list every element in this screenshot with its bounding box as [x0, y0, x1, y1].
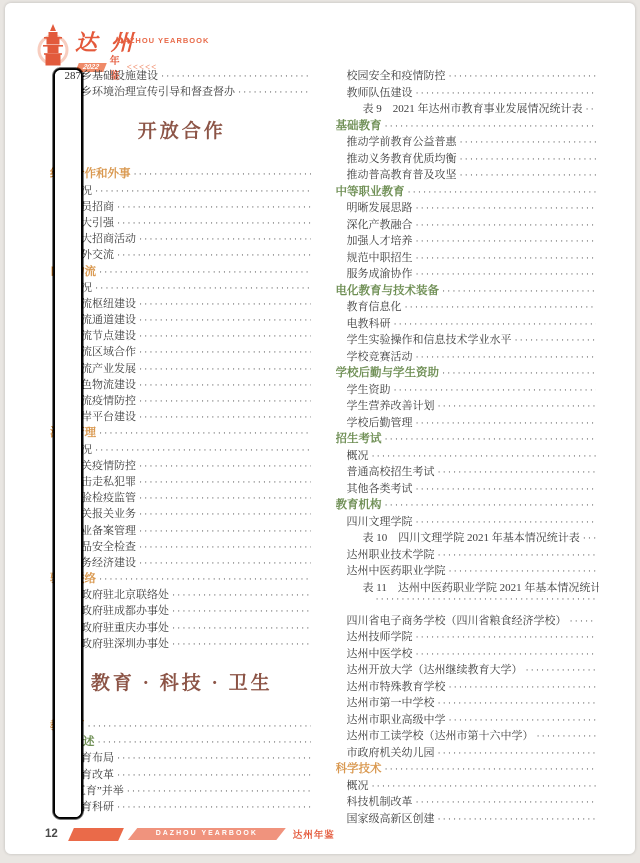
- dot-leader: [117, 771, 311, 781]
- toc-entry-row: 其他各类考试276: [336, 480, 600, 497]
- toc-entry-title: 市政府驻深圳办事处: [70, 635, 169, 651]
- dot-leader: [449, 716, 597, 726]
- toc-entry-row: 教师队伍建设273: [336, 84, 600, 101]
- toc-entry-row: 达州市第一中学校283: [336, 694, 600, 711]
- dot-leader: [394, 320, 597, 330]
- toc-entry-row: 招大引强264: [50, 214, 314, 230]
- brand-name-en: DAZHOU YEARBOOK: [117, 36, 209, 45]
- toc-entry-title: 学生营养改善计划: [347, 397, 435, 413]
- toc-entry-title: 服务成渝协作: [347, 265, 413, 281]
- toc-entry-row: 物流疫情防控266: [50, 392, 314, 408]
- dot-leader: [586, 105, 597, 115]
- toc-entry-row: 物流节点建设265: [50, 327, 314, 343]
- toc-subsection-row: 学校后勤与学生资助275: [336, 364, 600, 381]
- toc-entry-title: 普通高校招生考试: [347, 463, 435, 479]
- toc-entry-title: 电化教育与技术装备: [336, 282, 440, 298]
- toc-entry-row: 物流通道建设265: [50, 311, 314, 327]
- dot-leader: [442, 369, 596, 379]
- toc-section-row: 教 育272: [50, 717, 314, 733]
- dot-leader: [117, 219, 311, 229]
- dot-leader: [139, 381, 311, 391]
- toc-entry-row: 服务经济建设267: [50, 554, 314, 570]
- dot-leader: [526, 666, 597, 676]
- toc-section-row: 海关管理266: [50, 424, 314, 440]
- toc-entry-title: 教育机构: [336, 496, 382, 512]
- toc-entry-row: 物流产业发展266: [50, 360, 314, 376]
- dot-leader: [416, 221, 597, 231]
- toc-table-entry-row: 表 10 四川文理学院 2021 年基本情况统计表277: [336, 529, 600, 546]
- toc-entry-title: 达州中医药职业学院: [347, 562, 446, 578]
- dot-leader: [408, 188, 597, 198]
- dot-leader: [438, 468, 597, 478]
- toc-entry-title: 学校后勤与学生资助: [336, 364, 440, 380]
- toc-table-entry-row: 表 9 2021 年达州市教育事业发展情况统计表273: [336, 100, 600, 117]
- toc-page-number: 287: [55, 70, 81, 817]
- footer-accent-block: [68, 828, 124, 841]
- dot-leader: [416, 353, 597, 363]
- footer-banner-cn: 达州年鉴: [293, 827, 335, 841]
- dot-leader: [394, 386, 597, 396]
- dot-leader: [460, 171, 597, 181]
- dot-leader: [139, 543, 311, 553]
- toc-entry-row: 达州开放大学（达州继续教育大学）282: [336, 661, 600, 678]
- dot-leader: [172, 591, 311, 601]
- toc-entry-row: 学校竞赛活动275: [336, 348, 600, 365]
- dot-leader: [139, 300, 311, 310]
- dot-leader: [460, 155, 597, 165]
- dot-leader: [385, 435, 597, 445]
- toc-entry-title: 明晰发展思路: [347, 199, 413, 215]
- toc-table-entry-row: 表 11 达州中医药职业学院 2021 年基本情况统计表: [336, 579, 600, 596]
- toc-entry-row: 科技机制改革287: [336, 793, 600, 810]
- toc-entry-row: 概况287: [336, 777, 600, 794]
- toc-entry-title: 科学技术: [336, 760, 382, 776]
- toc-entry-row: 市政府驻重庆办事处269: [50, 619, 314, 635]
- toc-entry-title: 基础教育: [336, 117, 382, 133]
- toc-entry-row: 海关疫情防控266: [50, 457, 314, 473]
- dot-leader: [139, 510, 311, 520]
- toc-entry-row: 重大招商活动264: [50, 230, 314, 246]
- dot-leader: [117, 251, 311, 261]
- toc-entry-title: 城乡基础设施建设: [70, 67, 158, 83]
- toc-entry-row: 推动学前教育公益普惠274: [336, 133, 600, 150]
- dot-leader: [416, 254, 597, 264]
- dot-leader: [95, 284, 311, 294]
- toc-entry-title: 达州中医学校: [347, 645, 413, 661]
- dot-leader: [438, 749, 597, 759]
- dot-leader: [99, 429, 311, 439]
- dot-leader: [99, 575, 311, 585]
- toc-entry-row: 物流区域合作265: [50, 343, 314, 359]
- toc-subsection-row: 招生考试276: [336, 430, 600, 447]
- toc-entry-row: 学生资助275: [336, 381, 600, 398]
- toc-entry-row: 普通高校招生考试276: [336, 463, 600, 480]
- dot-leader: [372, 452, 597, 462]
- toc-entry-title: 市政府驻重庆办事处: [70, 619, 169, 635]
- toc-entry-row: 达州职业技术学院278: [336, 546, 600, 563]
- toc-entry-title: 表 9 2021 年达州市教育事业发展情况统计表: [363, 100, 583, 116]
- toc-columns: 城乡基础设施建设262城乡环境治理宣传引导和督查督办262开放合作经济合作和外事…: [50, 67, 599, 826]
- toc-entry-row: 规范中职招生274: [336, 249, 600, 266]
- toc-entry-title: 城乡环境治理宣传引导和督查督办: [70, 83, 235, 99]
- toc-entry-row: 市政府驻成都办事处268: [50, 602, 314, 618]
- toc-entry-title: 学生实验操作和信息技术学业水平: [347, 331, 512, 347]
- dot-leader: [376, 595, 597, 605]
- toc-entry-title: 加强人才培养: [347, 232, 413, 248]
- toc-entry-title: 深化产教融合: [347, 216, 413, 232]
- toc-entry-row: 概况266: [50, 441, 314, 457]
- dot-leader: [139, 316, 311, 326]
- dot-leader: [117, 203, 311, 213]
- toc-entry-row: 达州技师学院281: [336, 628, 600, 645]
- dot-leader: [372, 782, 597, 792]
- toc-entry-row: 城乡基础设施建设262: [50, 67, 314, 83]
- toc-entry-row: 推动义务教育优质均衡274: [336, 150, 600, 167]
- folio-page-number: 12: [45, 828, 58, 840]
- dot-leader: [127, 787, 311, 797]
- dot-leader: [139, 559, 311, 569]
- toc-entry-title: 招生考试: [336, 430, 382, 446]
- toc-entry-title: 达州职业技术学院: [347, 546, 435, 562]
- chapter-heading: 开放合作: [50, 119, 314, 145]
- dot-leader: [416, 485, 597, 495]
- dot-leader: [583, 534, 596, 544]
- dot-leader: [416, 518, 597, 528]
- toc-entry-title: 达州市第一中学校: [347, 694, 435, 710]
- toc-subsection-row: 基础教育274: [336, 117, 600, 134]
- toc-entry-row: 达州市职业高级中学284: [336, 711, 600, 728]
- toc-entry-row: 市政府驻北京联络处267: [50, 586, 314, 602]
- toc-entry-row: 达州市工读学校（达州市第十六中学）285: [336, 727, 600, 744]
- toc-entry-title: 教育信息化: [347, 298, 402, 314]
- dot-leader: [416, 798, 597, 808]
- toc-entry-title: 科技机制改革: [347, 793, 413, 809]
- toc-section-row: 驻外联络267: [50, 570, 314, 586]
- dot-leader: [438, 551, 597, 561]
- toc-entry-title: 学校后勤管理: [347, 414, 413, 430]
- toc-entry-row: 国家级高新区创建287: [336, 810, 600, 827]
- dot-leader: [438, 815, 597, 825]
- toc-continuation-row: 280: [336, 595, 600, 612]
- toc-entry-title: 达州技师学院: [347, 628, 413, 644]
- dot-leader: [95, 187, 311, 197]
- dot-leader: [385, 501, 597, 511]
- toc-entry-title: 学校竞赛活动: [347, 348, 413, 364]
- dot-leader: [570, 617, 597, 627]
- dot-leader: [449, 683, 597, 693]
- dot-leader: [139, 365, 311, 375]
- toc-entry-title: 校园安全和疫情防控: [347, 67, 446, 83]
- toc-entry-title: 教师队伍建设: [347, 84, 413, 100]
- toc-entry-row: 加强人才培养274: [336, 232, 600, 249]
- dot-leader: [416, 204, 597, 214]
- toc-entry-title: 中等职业教育: [336, 183, 405, 199]
- dot-leader: [537, 732, 597, 742]
- toc-entry-title: 概况: [347, 447, 369, 463]
- toc-entry-row: 口岸平台建设266: [50, 408, 314, 424]
- toc-entry-title: 四川文理学院: [347, 513, 413, 529]
- toc-subsection-row: 教育机构276: [336, 496, 600, 513]
- toc-entry-title: 四川省电子商务学校（四川省粮食经济学校）: [347, 612, 567, 628]
- toc-entry-title: 表 11 达州中医药职业学院 2021 年基本情况统计表: [363, 579, 600, 595]
- toc-entry-row: 绿色物流建设266: [50, 376, 314, 392]
- toc-entry-title: 电教科研: [347, 315, 391, 331]
- toc-section-row: 科学技术287: [336, 760, 600, 777]
- dot-leader: [172, 607, 311, 617]
- toc-entry-title: 市政府机关幼儿园: [347, 744, 435, 760]
- dot-leader: [460, 138, 597, 148]
- toc-entry-row: 推动普高教育普及攻坚274: [336, 166, 600, 183]
- toc-entry-row: 通关报关业务267: [50, 505, 314, 521]
- dot-leader: [139, 478, 311, 488]
- dot-leader: [438, 402, 597, 412]
- toc-entry-row: 电教科研275: [336, 315, 600, 332]
- toc-entry-title: 其他各类考试: [347, 480, 413, 496]
- toc-entry-row: 四川省电子商务学校（四川省粮食经济学校）280: [336, 612, 600, 629]
- toc-entry-title: 市政府驻北京联络处: [70, 586, 169, 602]
- toc-entry-title: 推动义务教育优质均衡: [347, 150, 457, 166]
- toc-column-right: 校园安全和疫情防控272教师队伍建设273表 9 2021 年达州市教育事业发展…: [336, 67, 600, 826]
- toc-entry-title: 推动普高教育普及攻坚: [347, 166, 457, 182]
- dot-leader: [98, 738, 311, 748]
- yearbook-toc-page: 达 州 DAZHOU YEARBOOK 2022 年鉴 <<<<< 城乡基础设施…: [5, 3, 635, 854]
- toc-entry-row: 四川文理学院276: [336, 513, 600, 530]
- toc-entry-row: 学生实验操作和信息技术学业水平275: [336, 331, 600, 348]
- toc-entry-row: 检验检疫监管266: [50, 489, 314, 505]
- toc-entry-row: 深化产教融合274: [336, 216, 600, 233]
- dot-leader: [385, 122, 597, 132]
- dot-leader: [416, 237, 597, 247]
- dot-leader: [416, 89, 597, 99]
- toc-subsection-row: 中等职业教育274: [336, 183, 600, 200]
- dot-leader: [139, 494, 311, 504]
- toc-entry-title: 表 10 四川文理学院 2021 年基本情况统计表: [363, 529, 580, 545]
- toc-entry-row: 学生营养改善计划275: [336, 397, 600, 414]
- toc-subsection-row: 综 述272: [50, 733, 314, 749]
- dot-leader: [134, 170, 311, 180]
- toc-entry-row: 全员招商264: [50, 198, 314, 214]
- toc-column-left: 城乡基础设施建设262城乡环境治理宣传引导和督查督办262开放合作经济合作和外事…: [50, 67, 314, 826]
- toc-entry-row: 教育改革272: [50, 766, 314, 782]
- dot-leader: [88, 722, 311, 732]
- toc-entry-row: 概况265: [50, 279, 314, 295]
- toc-entry-row: 达州市特殊教育学校283: [336, 678, 600, 695]
- dot-leader: [172, 624, 311, 634]
- dot-leader: [99, 268, 311, 278]
- toc-entry-title: 达州市特殊教育学校: [347, 678, 446, 694]
- toc-entry-row: 明晰发展思路274: [336, 199, 600, 216]
- toc-entry-row: 企业备案管理267: [50, 522, 314, 538]
- dot-leader: [139, 462, 311, 472]
- toc-section-row: 经济合作和外事264: [50, 165, 314, 181]
- dot-leader: [139, 332, 311, 342]
- toc-entry-title: 达州市职业高级中学: [347, 711, 446, 727]
- dot-leader: [139, 413, 311, 423]
- dot-leader: [139, 348, 311, 358]
- dot-leader: [449, 72, 597, 82]
- dot-leader: [95, 446, 311, 456]
- toc-subsection-row: 电化教育与技术装备274: [336, 282, 600, 299]
- toc-entry-title: 达州市工读学校（达州市第十六中学）: [347, 727, 534, 743]
- dot-leader: [416, 633, 597, 643]
- phoenix-tower-logo-icon: [37, 23, 71, 69]
- page-footer: 12 DAZHOU YEARBOOK 达州年鉴: [45, 827, 335, 841]
- toc-entry-row: 城乡环境治理宣传引导和督查督办262: [50, 83, 314, 99]
- dot-leader: [442, 287, 596, 297]
- dot-leader: [515, 336, 597, 346]
- dot-leader: [238, 88, 311, 98]
- dot-leader: [405, 303, 597, 313]
- footer-banner-en: DAZHOU YEARBOOK: [128, 828, 286, 840]
- toc-entry-title: 概况: [347, 777, 369, 793]
- chapter-heading: 教育 · 科技 · 卫生: [50, 671, 314, 697]
- dot-leader: [161, 72, 311, 82]
- toc-entry-row: 教育科研272: [50, 798, 314, 814]
- toc-entry-row: 概况264: [50, 182, 314, 198]
- toc-entry-title: 推动学前教育公益普惠: [347, 133, 457, 149]
- toc-entry-row: 教育布局272: [50, 749, 314, 765]
- toc-entry-row: 对外交流264: [50, 246, 314, 262]
- toc-entry-row: 教育信息化274: [336, 298, 600, 315]
- toc-section-row: 口岸物流265: [50, 263, 314, 279]
- dot-leader: [385, 765, 597, 775]
- dot-leader: [416, 270, 597, 280]
- dot-leader: [449, 567, 597, 577]
- toc-entry-title: 规范中职招生: [347, 249, 413, 265]
- toc-entry-row: 达州中医学校281: [336, 645, 600, 662]
- dot-leader: [416, 650, 597, 660]
- toc-entry-row: 校园安全和疫情防控272: [336, 67, 600, 84]
- dot-leader: [117, 803, 311, 813]
- dot-leader: [139, 235, 311, 245]
- dot-leader: [172, 640, 311, 650]
- toc-entry-title: 学生资助: [347, 381, 391, 397]
- dot-leader: [438, 699, 597, 709]
- dot-leader: [139, 527, 311, 537]
- toc-entry-row: 概况276: [336, 447, 600, 464]
- toc-entry-title: 达州开放大学（达州继续教育大学）: [347, 661, 523, 677]
- toc-entry-title: 市政府驻成都办事处: [70, 602, 169, 618]
- toc-entry-row: 市政府驻深圳办事处270: [50, 635, 314, 651]
- toc-entry-row: 食品安全检查267: [50, 538, 314, 554]
- toc-entry-row: 学校后勤管理275: [336, 414, 600, 431]
- toc-entry-row: “五育”并举272: [50, 782, 314, 798]
- toc-entry-title: 国家级高新区创建: [347, 810, 435, 826]
- dot-leader: [117, 754, 311, 764]
- toc-entry-row: 达州中医药职业学院279: [336, 562, 600, 579]
- dot-leader: [139, 397, 311, 407]
- toc-entry-row: 市政府机关幼儿园286: [336, 744, 600, 761]
- toc-entry-row: 打击走私犯罪266: [50, 473, 314, 489]
- toc-entry-row: 物流枢纽建设265: [50, 295, 314, 311]
- dot-leader: [416, 419, 597, 429]
- toc-entry-row: 服务成渝协作274: [336, 265, 600, 282]
